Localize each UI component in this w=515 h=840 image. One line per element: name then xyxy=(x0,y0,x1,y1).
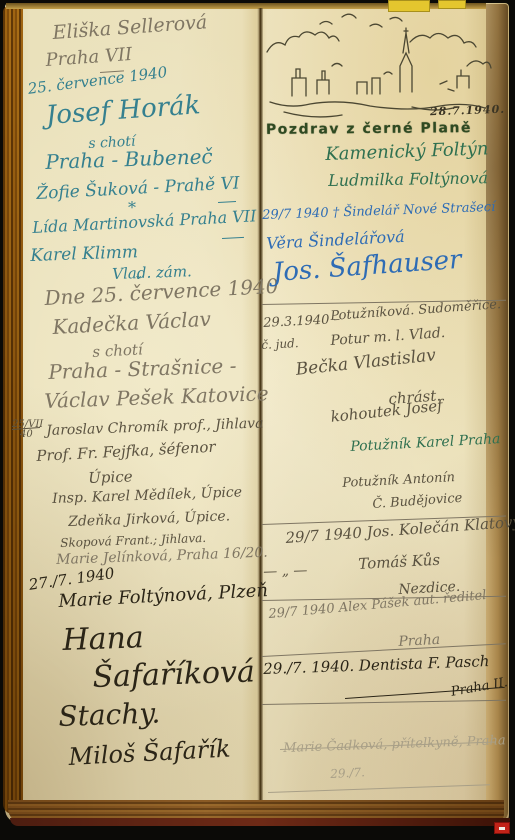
handwriting-entry: Tomáš Kůs xyxy=(358,553,440,572)
handwriting-entry: Úpice xyxy=(88,469,133,486)
handwriting-entry: Šafaříková xyxy=(92,657,255,693)
handwriting-entry: Praha - Strašnice - xyxy=(48,355,237,382)
handwriting-entry: 40 xyxy=(20,430,33,440)
handwriting-entry: — „ — xyxy=(263,563,308,579)
red-corner-mark xyxy=(494,822,510,834)
handwriting-entry: Stachy. xyxy=(58,699,161,731)
handwriting-entry: č. jud. xyxy=(261,337,299,351)
handwriting-entry: Ludmilka Foltýnová xyxy=(328,170,488,189)
handwriting-entry: 29.3.1940 – xyxy=(263,313,340,330)
greeting-caption: Pozdrav z černé Planě xyxy=(266,120,472,138)
book-page-edge-left xyxy=(3,6,23,814)
handwriting-entry: 29./7. xyxy=(330,766,365,780)
handwriting-entry: Praha - Bubeneč xyxy=(45,146,213,172)
book-cover-edge xyxy=(10,818,510,826)
sketch-date: 28.7.1940. xyxy=(430,103,505,119)
handwriting-entry: Hana xyxy=(62,623,144,656)
guestbook-scan: 28.7.1940. Pozdrav z černé Planě Eliška … xyxy=(0,0,515,840)
handwriting-entry: Karel Klimm xyxy=(30,244,138,265)
